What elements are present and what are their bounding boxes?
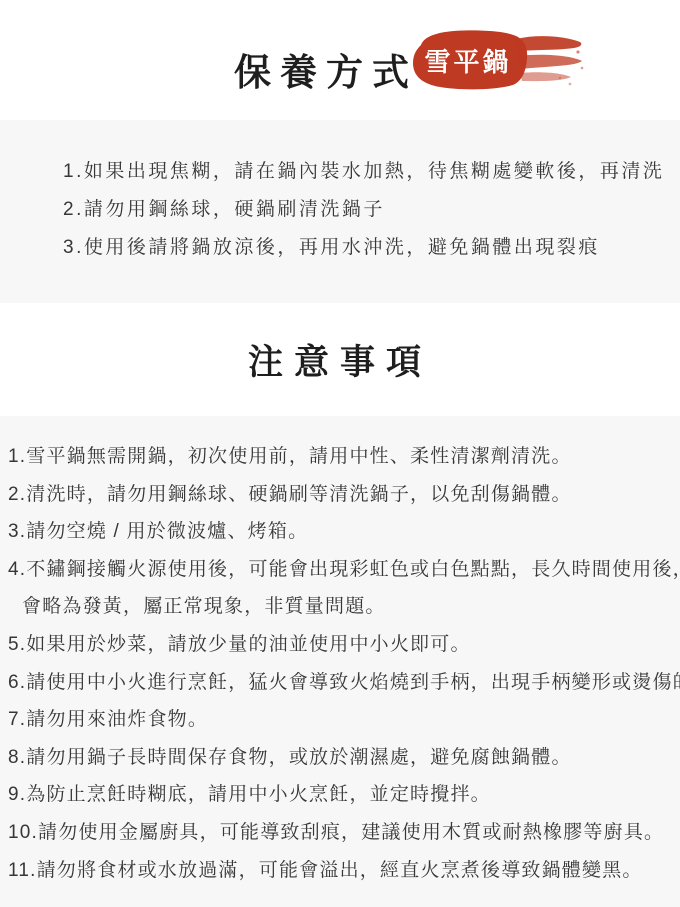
maintenance-list: 1.如果出現焦糊，請在鍋內裝水加熱，待焦糊處變軟後，再清洗2.請勿用鋼絲球，硬鍋… [63,153,680,267]
notice-section: 1.雪平鍋無需開鍋，初次使用前，請用中性、柔性清潔劑清洗。2.清洗時，請勿用鋼絲… [0,416,680,907]
notice-item: 6.請使用中小火進行烹飪，猛火會導致火焰燒到手柄，出現手柄變形或燙傷的情況 [8,664,680,702]
notice-item: 3.請勿空燒 / 用於微波爐、烤箱。 [8,513,680,551]
maintenance-item: 1.如果出現焦糊，請在鍋內裝水加熱，待焦糊處變軟後，再清洗 [63,153,680,191]
maintenance-item: 3.使用後請將鍋放涼後，再用水沖洗，避免鍋體出現裂痕 [63,229,680,267]
notice-item: 7.請勿用來油炸食物。 [8,701,680,739]
maintenance-instructions-section: 1.如果出現焦糊，請在鍋內裝水加熱，待焦糊處變軟後，再清洗2.請勿用鋼絲球，硬鍋… [0,120,680,303]
maintenance-item: 2.請勿用鋼絲球，硬鍋刷清洗鍋子 [63,191,680,229]
notice-title: 注意事項 [248,335,432,385]
notice-item: 11.請勿將食材或水放過滿，可能會溢出，經直火烹煮後導致鍋體變黑。 [8,852,680,890]
notice-header: 注意事項 [0,303,680,416]
notice-item: 5.如果用於炒菜，請放少量的油並使用中小火即可。 [8,626,680,664]
notice-item: 10.請勿使用金屬廚具，可能導致刮痕，建議使用木質或耐熱橡膠等廚具。 [8,814,680,852]
notice-item: 2.清洗時，請勿用鋼絲球、硬鍋刷等清洗鍋子，以免刮傷鍋體。 [8,476,680,514]
badge-label: 雪平鍋 [414,29,522,91]
notice-item: 4.不鏽鋼接觸火源使用後，可能會出現彩虹色或白色點點，長久時間使用後， [8,551,680,589]
notice-item: 8.請勿用鍋子長時間保存食物，或放於潮濕處，避免腐蝕鍋體。 [8,739,680,777]
brush-stroke-badge: 雪平鍋 [410,28,586,92]
notice-item: 9.為防止烹飪時糊底，請用中小火烹飪，並定時攪拌。 [8,776,680,814]
notice-item: 1.雪平鍋無需開鍋，初次使用前，請用中性、柔性清潔劑清洗。 [8,438,680,476]
notice-list: 1.雪平鍋無需開鍋，初次使用前，請用中性、柔性清潔劑清洗。2.清洗時，請勿用鋼絲… [8,438,680,889]
maintenance-header: 保養方式 雪平鍋 [0,0,680,120]
product-care-page: 保養方式 雪平鍋 1.如果出現焦糊，請在鍋內裝水加熱，待焦糊處變軟後，再清洗2.… [0,0,680,907]
notice-item: 會略為發黃，屬正常現象，非質量問題。 [8,588,680,626]
